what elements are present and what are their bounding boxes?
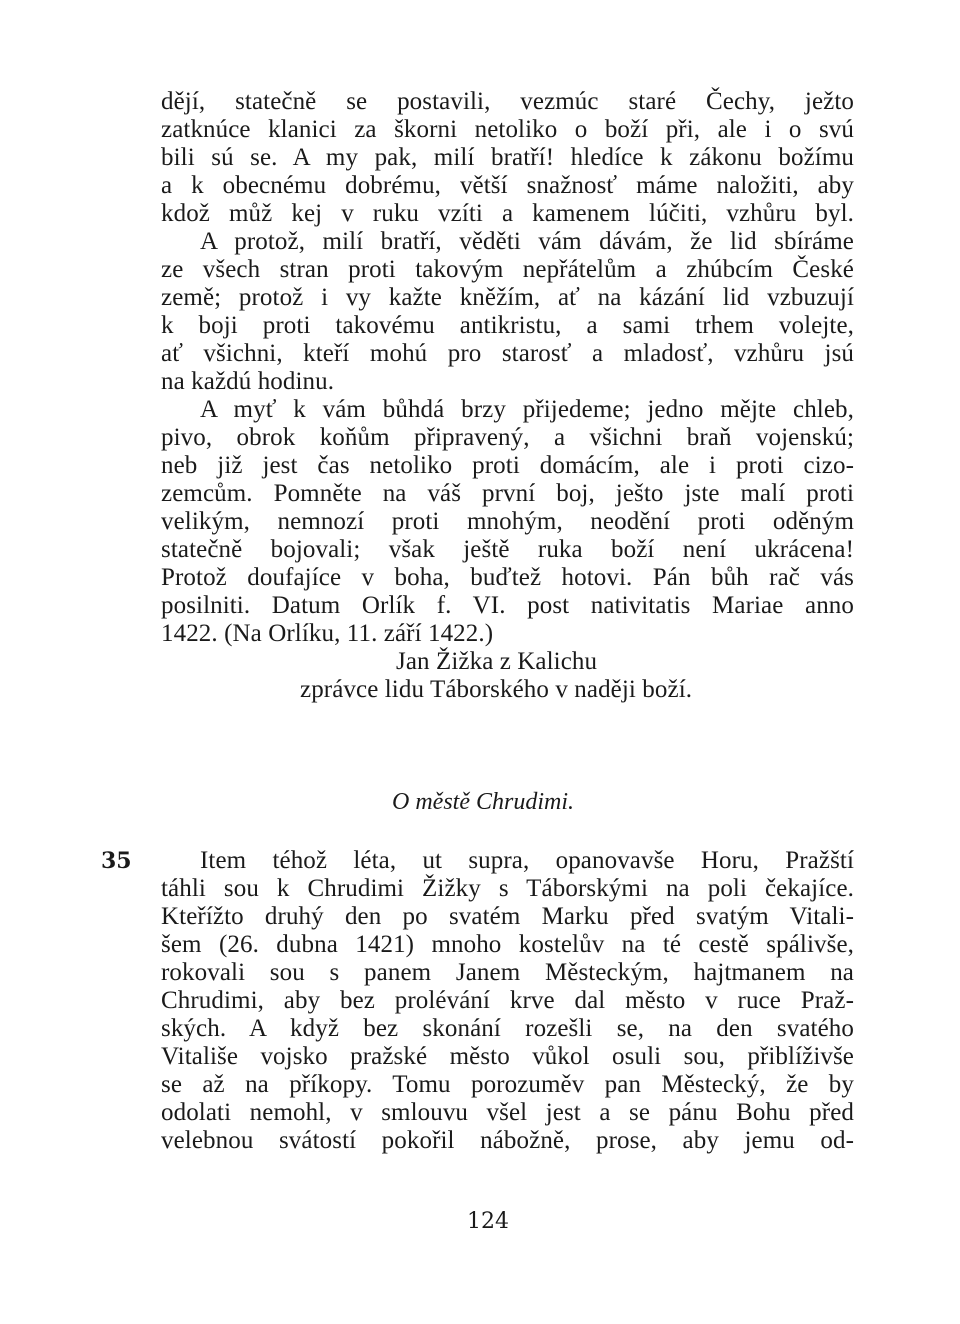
text-line: Protož doufajíce v boha, buďtež hotovi. …: [161, 564, 854, 592]
text-line: rokovali sou s panem Janem Městeckým, ha…: [161, 959, 854, 987]
text-line: na každú hodinu.: [161, 368, 854, 396]
text-line: A myť k vám bůhdá brzy přijedeme; jedno …: [200, 396, 854, 424]
text-line: Kteřížto druhý den po svatém Marku před …: [161, 903, 854, 931]
page-number: 124: [0, 1208, 960, 1236]
text-line: a k obecnému dobrému, větší snažnosť mám…: [161, 172, 854, 200]
text-line: odolati nemohl, v smlouvu všel jest a se…: [161, 1099, 854, 1127]
text-line: kdož můž kej v ruku vzíti a kamenem lúči…: [161, 200, 854, 228]
text-line: ať všichni, kteří mohú pro starosť a mla…: [161, 340, 854, 368]
text-line: dějí, statečně se postavili, vezmúc star…: [161, 88, 854, 116]
text-line: 1422. (Na Orlíku, 11. září 1422.): [161, 620, 854, 648]
text-line: zatknúce klanici za škorni netoliko o bo…: [161, 116, 854, 144]
text-line: pivo, obrok koňům připravený, a všichni …: [161, 424, 854, 452]
text-line: šem (26. dubna 1421) mnoho kostelův na t…: [161, 931, 854, 959]
signature-title: zprávce lidu Táborského v naději boží.: [300, 676, 692, 704]
text-line: velikým, nemnozí proti mnohým, neodění p…: [161, 508, 854, 536]
text-line: ských. A když bez skonání rozešli se, na…: [161, 1015, 854, 1043]
text-line: neb již jest čas netoliko proti domácím,…: [161, 452, 854, 480]
book-page: dějí, statečně se postavili, vezmúc star…: [0, 0, 960, 1324]
page-number-text: 124: [467, 1208, 509, 1236]
text-line: bili sú se. A my pak, milí bratří! hledí…: [161, 144, 854, 172]
signature-name: Jan Žižka z Kalichu: [396, 648, 597, 676]
text-line: statečně bojovali; však ještě ruka boží …: [161, 536, 854, 564]
text-line: A protož, milí bratří, věděti vám dávám,…: [200, 228, 854, 256]
text-line: velebnou svátostí pokořil nábožně, prose…: [161, 1127, 854, 1155]
text-line: posilniti. Datum Orlík f. VI. post nativ…: [161, 592, 854, 620]
text-line: zemcům. Pomněte na váš první boj, ješto …: [161, 480, 854, 508]
text-line: se až na příkopy. Tomu porozuměv pan Měs…: [161, 1071, 854, 1099]
section-number: 35: [101, 847, 132, 875]
text-line: Vitališe vojsko pražské město vůkol osul…: [161, 1043, 854, 1071]
text-line: Chrudimi, aby bez prolévání krve dal měs…: [161, 987, 854, 1015]
section-heading: O městě Chrudimi.: [0, 788, 960, 816]
text-line: táhli sou k Chrudimi Žižky s Táborskými …: [161, 875, 854, 903]
section-heading-text: O městě Chrudimi.: [392, 788, 574, 816]
text-line: země; protož i vy kažte kněžím, ať na ká…: [161, 284, 854, 312]
text-line: k boji proti takovému antikristu, a sami…: [161, 312, 854, 340]
text-line: Item téhož léta, ut supra, opanovavše Ho…: [200, 847, 854, 875]
text-line: ze všech stran proti takovým nepřátelům …: [161, 256, 854, 284]
